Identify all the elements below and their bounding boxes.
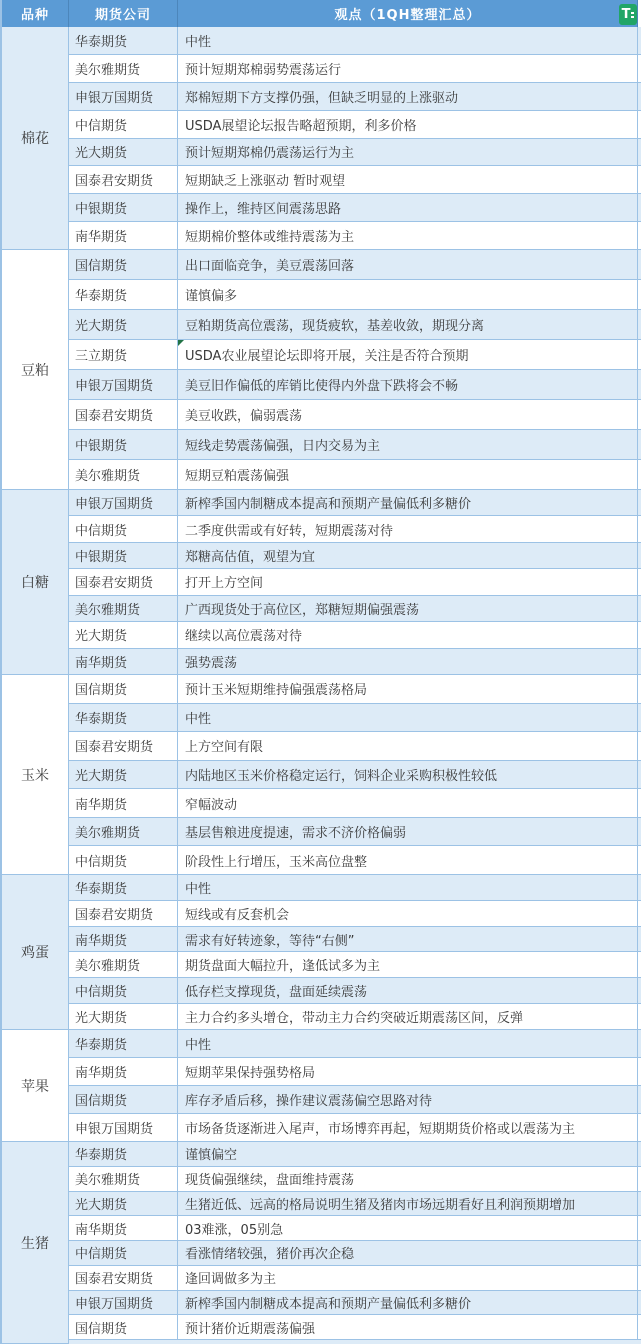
company-cell[interactable]: 申银万国期货 [69, 1291, 178, 1315]
table-row: 华泰期货谨慎偏空 [69, 1142, 641, 1167]
view-cell[interactable]: 广西现货处于高位区，郑糖短期偏强震荡 [178, 596, 638, 621]
table-row: 国信期货预计猪价近期震荡偏强 [69, 1315, 641, 1340]
variety-label: 棉花 [21, 128, 49, 148]
company-name: 南华期货 [75, 226, 127, 245]
view-cell[interactable]: 库存矛盾后移，操作建议震荡偏空思路对待 [178, 1086, 638, 1113]
company-name: 南华期货 [75, 930, 127, 949]
company-name: 申银万国期货 [75, 375, 153, 394]
table-row: 中信期货二季度供需或有好转，短期震荡对待 [69, 516, 641, 542]
table-row: 南华期货强势震荡 [69, 649, 641, 675]
view-text: 短期豆粕震荡偏强 [185, 465, 289, 484]
view-text: 短线或有反套机会 [185, 904, 289, 923]
section-rows: 国信期货出口面临竞争，美豆震荡回落华泰期货谨慎偏多光大期货豆粕期货高位震荡，现货… [69, 250, 641, 490]
view-text: 期货盘面大幅拉升，逢低试多为主 [185, 955, 380, 974]
table-row: 光大期货生猪近低、远高的格局说明生猪及猪肉市场远期看好且利润预期增加 [69, 1192, 641, 1217]
company-name: 国泰君安期货 [75, 572, 153, 591]
view-cell[interactable]: 低存栏支撑现货，盘面延续震荡 [178, 978, 638, 1003]
company-cell[interactable]: 华泰期货 [69, 27, 178, 54]
variety-cell[interactable]: 生猪 [2, 1142, 69, 1344]
view-cell[interactable]: 期货盘面大幅拉升，逢低试多为主 [178, 952, 638, 977]
header-variety[interactable]: 品种 [2, 0, 69, 27]
table-row: 光大期货预计短期郑棉仍震荡运行为主 [69, 139, 641, 167]
company-cell[interactable]: 南华期货 [69, 789, 178, 817]
company-cell[interactable]: 华泰期货 [69, 704, 178, 732]
view-text: 预计玉米短期维持偏强震荡格局 [185, 679, 367, 698]
view-cell[interactable]: 市场备货逐渐进入尾声，市场博弈再起，短期期货价格或以震荡为主 [178, 1114, 638, 1141]
company-name: 国信期货 [75, 679, 127, 698]
view-text: 生猪近低、远高的格局说明生猪及猪肉市场远期看好且利润预期增加 [185, 1194, 575, 1213]
company-name: 申银万国期货 [75, 1118, 153, 1137]
company-name: 国泰君安期货 [75, 736, 153, 755]
opinions-spreadsheet: 品种 期货公司 观点（1QH整理汇总） T 棉花华泰期货中性美尔雅期货预计短期郑… [0, 0, 641, 1344]
table-row: 华泰期货中性 [69, 1030, 641, 1058]
company-cell[interactable]: 中信期货 [69, 1241, 178, 1265]
table-row: 光大期货主力合约多头增仓，带动主力合约突破近期震荡区间，反弹 [69, 1004, 641, 1030]
view-cell[interactable]: 郑棉短期下方支撑仍强，但缺乏明显的上涨驱动 [178, 83, 638, 110]
table-row: 申银万国期货郑棉短期下方支撑仍强，但缺乏明显的上涨驱动 [69, 83, 641, 111]
table-row: 光大期货豆粕期货高位震荡，现货疲软，基差收敛，期现分离 [69, 310, 641, 340]
company-cell[interactable]: 中信期货 [69, 978, 178, 1003]
view-text: 库存矛盾后移，操作建议震荡偏空思路对待 [185, 1090, 432, 1109]
company-name: 美尔雅期货 [75, 599, 140, 618]
section-rows: 华泰期货中性国泰君安期货短线或有反套机会南华期货需求有好转迹象，等待“右侧”美尔… [69, 875, 641, 1030]
view-text: 预计短期郑棉弱势震荡运行 [185, 59, 341, 78]
company-name: 美尔雅期货 [75, 59, 140, 78]
company-cell[interactable]: 国泰君安期货 [69, 1266, 178, 1290]
view-cell[interactable]: 短期豆粕震荡偏强 [178, 460, 638, 489]
company-cell[interactable]: 中银期货 [69, 543, 178, 568]
view-text: 上方空间有限 [185, 736, 263, 755]
view-cell[interactable]: 中性 [178, 27, 638, 54]
company-name: 国信期货 [75, 255, 127, 274]
company-cell[interactable]: 国信期货 [69, 250, 178, 279]
company-name: 美尔雅期货 [75, 955, 140, 974]
company-cell[interactable]: 光大期货 [69, 1004, 178, 1029]
company-name: 光大期货 [75, 142, 127, 161]
variety-label: 生猪 [21, 1233, 49, 1253]
view-text: 现货偏强继续，盘面维持震荡 [185, 1169, 354, 1188]
view-text: 出口面临竞争，美豆震荡回落 [185, 255, 354, 274]
table-row: 美尔雅期货预计短期郑棉弱势震荡运行 [69, 55, 641, 83]
view-text: 操作上，维持区间震荡思路 [185, 198, 341, 217]
table-row: 国信期货预计玉米短期维持偏强震荡格局 [69, 675, 641, 704]
commodity-section-2: 豆粕国信期货出口面临竞争，美豆震荡回落华泰期货谨慎偏多光大期货豆粕期货高位震荡，… [2, 250, 641, 490]
view-cell[interactable]: 新榨季国内制糖成本提高和预期产量偏低利多糖价 [178, 1291, 638, 1315]
section-rows: 华泰期货中性南华期货短期苹果保持强势格局国信期货库存矛盾后移，操作建议震荡偏空思… [69, 1030, 641, 1142]
view-text: 打开上方空间 [185, 572, 263, 591]
table-row: 美尔雅期货期货盘面大幅拉升，逢低试多为主 [69, 952, 641, 978]
company-name: 光大期货 [75, 625, 127, 644]
table-row: 国泰君安期货短期缺乏上涨驱动 暂时观望 [69, 166, 641, 194]
company-cell[interactable]: 光大期货 [69, 139, 178, 166]
company-cell[interactable]: 中信期货 [69, 516, 178, 541]
commodity-section-6: 苹果华泰期货中性南华期货短期苹果保持强势格局国信期货库存矛盾后移，操作建议震荡偏… [2, 1030, 641, 1142]
section-rows: 申银万国期货新榨季国内制糖成本提高和预期产量偏低利多糖价中信期货二季度供需或有好… [69, 490, 641, 675]
company-name: 国泰君安期货 [75, 170, 153, 189]
view-cell[interactable]: 预计短期郑棉弱势震荡运行 [178, 55, 638, 82]
company-cell[interactable]: 中银期货 [69, 430, 178, 459]
view-cell[interactable]: 短期棉价整体或维持震荡为主 [178, 222, 638, 249]
table-row: 中信期货USDA展望论坛报告略超预期，利多价格 [69, 111, 641, 139]
company-name: 国泰君安期货 [75, 405, 153, 424]
view-cell[interactable]: 阶段性上行增压，玉米高位盘整 [178, 846, 638, 874]
company-cell[interactable]: 南华期货 [69, 649, 178, 674]
view-text: 短期棉价整体或维持震荡为主 [185, 226, 354, 245]
view-cell[interactable]: 主力合约多头增仓，带动主力合约突破近期震荡区间，反弹 [178, 1004, 638, 1029]
company-cell[interactable]: 中信期货 [69, 111, 178, 138]
view-text: 郑糖高估值，观望为宜 [185, 546, 315, 565]
table-row: 光大期货内陆地区玉米价格稳定运行，饲料企业采购积极性较低 [69, 761, 641, 790]
section-rows: 华泰期货谨慎偏空美尔雅期货现货偏强继续，盘面维持震荡光大期货生猪近低、远高的格局… [69, 1142, 641, 1344]
view-cell[interactable]: 中性 [178, 1030, 638, 1057]
company-cell[interactable]: 中银期货 [69, 194, 178, 221]
company-cell[interactable]: 美尔雅期货 [69, 952, 178, 977]
company-cell[interactable]: 光大期货 [69, 622, 178, 647]
table-row: 国泰君安期货上方空间有限 [69, 732, 641, 761]
company-name: 国泰君安期货 [75, 1268, 153, 1287]
view-text: 需求有好转迹象，等待“右侧” [185, 930, 354, 949]
view-cell[interactable]: 继续以高位震荡对待 [178, 622, 638, 647]
commodity-section-4: 玉米国信期货预计玉米短期维持偏强震荡格局华泰期货中性国泰君安期货上方空间有限光大… [2, 675, 641, 875]
table-row: 中银期货操作上，维持区间震荡思路 [69, 194, 641, 222]
company-cell[interactable]: 南华期货 [69, 1058, 178, 1085]
company-name: 中信期货 [75, 981, 127, 1000]
table-row: 中信期货看涨情绪较强，猪价再次企稳 [69, 1241, 641, 1266]
table-row: 国信期货出口面临竞争，美豆震荡回落 [69, 250, 641, 280]
table-row: 美尔雅期货广西现货处于高位区，郑糖短期偏强震荡 [69, 596, 641, 622]
company-cell[interactable]: 光大期货 [69, 310, 178, 339]
view-text: 美豆收跌，偏弱震荡 [185, 405, 302, 424]
table-row: 华泰期货中性 [69, 704, 641, 733]
view-cell[interactable]: 中性 [178, 875, 638, 900]
company-name: 美尔雅期货 [75, 1169, 140, 1188]
header-company[interactable]: 期货公司 [69, 0, 178, 27]
view-text: 中性 [185, 708, 211, 727]
badge-bars-icon [631, 12, 634, 18]
view-cell[interactable]: 上方空间有限 [178, 732, 638, 760]
company-cell[interactable]: 华泰期货 [69, 875, 178, 900]
view-cell[interactable]: 03难涨，05别急 [178, 1216, 638, 1240]
view-cell[interactable]: 美豆旧作偏低的库销比使得内外盘下跌将会不畅 [178, 370, 638, 399]
table-row: 南华期货需求有好转迹象，等待“右侧” [69, 927, 641, 953]
view-cell[interactable]: 逢回调做多为主 [178, 1266, 638, 1290]
table-row: 中银期货短线走势震荡偏强，日内交易为主 [69, 430, 641, 460]
view-text: 短期苹果保持强势格局 [185, 1062, 315, 1081]
company-name: 华泰期货 [75, 708, 127, 727]
company-name: 国信期货 [75, 1090, 127, 1109]
commodity-section-3: 白糖申银万国期货新榨季国内制糖成本提高和预期产量偏低利多糖价中信期货二季度供需或… [2, 490, 641, 675]
company-cell[interactable]: 国泰君安期货 [69, 901, 178, 926]
table-row: 南华期货窄幅波动 [69, 789, 641, 818]
view-cell[interactable]: 内陆地区玉米价格稳定运行，饲料企业采购积极性较低 [178, 761, 638, 789]
table-row: 华泰期货谨慎偏多 [69, 280, 641, 310]
company-name: 美尔雅期货 [75, 465, 140, 484]
view-text: 市场备货逐渐进入尾声，市场博弈再起，短期期货价格或以震荡为主 [185, 1118, 575, 1137]
variety-label: 豆粕 [21, 360, 49, 380]
variety-cell[interactable]: 苹果 [2, 1030, 69, 1142]
company-name: 中信期货 [75, 1243, 127, 1262]
company-cell[interactable]: 国信期货 [69, 675, 178, 703]
table-row: 国泰君安期货打开上方空间 [69, 569, 641, 595]
view-cell[interactable]: 生猪近低、远高的格局说明生猪及猪肉市场远期看好且利润预期增加 [178, 1192, 638, 1216]
view-text: 窄幅波动 [185, 794, 237, 813]
company-cell[interactable]: 中信期货 [69, 846, 178, 874]
company-cell[interactable]: 华泰期货 [69, 1030, 178, 1057]
view-cell[interactable]: 看涨情绪较强，猪价再次企稳 [178, 1241, 638, 1265]
company-cell[interactable]: 申银万国期货 [69, 1114, 178, 1141]
company-name: 中银期货 [75, 198, 127, 217]
table-row: 申银万国期货美豆旧作偏低的库销比使得内外盘下跌将会不畅 [69, 370, 641, 400]
company-cell[interactable]: 申银万国期货 [69, 370, 178, 399]
company-name: 南华期货 [75, 1062, 127, 1081]
table-row: 南华期货03难涨，05别急 [69, 1216, 641, 1241]
table-row: 中信期货低存栏支撑现货，盘面延续震荡 [69, 978, 641, 1004]
view-cell[interactable]: 短期苹果保持强势格局 [178, 1058, 638, 1085]
company-name: 南华期货 [75, 652, 127, 671]
view-text: 预计猪价近期震荡偏强 [185, 1318, 315, 1337]
company-name: 南华期货 [75, 1219, 127, 1238]
view-text: 二季度供需或有好转，短期震荡对待 [185, 520, 393, 539]
company-cell[interactable]: 国泰君安期货 [69, 569, 178, 594]
company-name: 中信期货 [75, 851, 127, 870]
green-t-badge-icon[interactable]: T [619, 4, 637, 25]
company-name: 申银万国期货 [75, 1293, 153, 1312]
variety-label: 白糖 [21, 572, 49, 592]
variety-cell[interactable]: 玉米 [2, 675, 69, 875]
company-name: 华泰期货 [75, 878, 127, 897]
view-cell[interactable]: 窄幅波动 [178, 789, 638, 817]
view-cell[interactable]: 谨慎偏空 [178, 1142, 638, 1166]
header-view[interactable]: 观点（1QH整理汇总） [178, 0, 638, 27]
view-cell[interactable]: 预计短期郑棉仍震荡运行为主 [178, 139, 638, 166]
company-cell[interactable]: 申银万国期货 [69, 490, 178, 515]
view-cell[interactable]: 短线或有反套机会 [178, 901, 638, 926]
company-cell[interactable]: 华泰期货 [69, 1142, 178, 1166]
view-text: 内陆地区玉米价格稳定运行，饲料企业采购积极性较低 [185, 765, 497, 784]
company-name: 光大期货 [75, 1194, 127, 1213]
table-row: 美尔雅期货短期豆粕震荡偏强 [69, 460, 641, 490]
view-text: 中性 [185, 878, 211, 897]
table-row: 华泰期货中性 [69, 27, 641, 55]
view-cell[interactable]: 强势震荡 [178, 649, 638, 674]
view-cell[interactable]: 操作上，维持区间震荡思路 [178, 194, 638, 221]
table-row: 中信期货阶段性上行增压，玉米高位盘整 [69, 846, 641, 875]
variety-label: 鸡蛋 [21, 942, 49, 962]
view-text: 谨慎偏多 [185, 285, 237, 304]
company-name: 光大期货 [75, 315, 127, 334]
view-text: 主力合约多头增仓，带动主力合约突破近期震荡区间，反弹 [185, 1007, 523, 1026]
company-name: 华泰期货 [75, 1144, 127, 1163]
table-row: 华泰期货中性 [69, 875, 641, 901]
variety-cell[interactable]: 豆粕 [2, 250, 69, 490]
table-row: 南华期货短期苹果保持强势格局 [69, 1058, 641, 1086]
company-name: 中信期货 [75, 520, 127, 539]
company-name: 国信期货 [75, 1318, 127, 1337]
view-text: 新榨季国内制糖成本提高和预期产量偏低利多糖价 [185, 1293, 471, 1312]
company-name: 光大期货 [75, 1007, 127, 1026]
table-row: 中银期货郑糖高估值，观望为宜 [69, 543, 641, 569]
commodity-section-5: 鸡蛋华泰期货中性国泰君安期货短线或有反套机会南华期货需求有好转迹象，等待“右侧”… [2, 875, 641, 1030]
table-row: 申银万国期货市场备货逐渐进入尾声，市场博弈再起，短期期货价格或以震荡为主 [69, 1114, 641, 1142]
view-text: 新榨季国内制糖成本提高和预期产量偏低利多糖价 [185, 493, 471, 512]
commodity-section-1: 棉花华泰期货中性美尔雅期货预计短期郑棉弱势震荡运行申银万国期货郑棉短期下方支撑仍… [2, 27, 641, 250]
view-text: 谨慎偏空 [185, 1144, 237, 1163]
view-text: 继续以高位震荡对待 [185, 625, 302, 644]
view-cell[interactable]: 需求有好转迹象，等待“右侧” [178, 927, 638, 952]
company-cell[interactable]: 国信期货 [69, 1086, 178, 1113]
view-cell[interactable]: 美豆收跌，偏弱震荡 [178, 400, 638, 429]
view-cell[interactable]: 二季度供需或有好转，短期震荡对待 [178, 516, 638, 541]
view-cell[interactable]: USDA农业展望论坛即将开展，关注是否符合预期 [178, 340, 638, 369]
view-cell[interactable]: 郑糖高估值，观望为宜 [178, 543, 638, 568]
view-cell[interactable]: 预计玉米短期维持偏强震荡格局 [178, 675, 638, 703]
view-cell[interactable]: 短线走势震荡偏强，日内交易为主 [178, 430, 638, 459]
view-cell[interactable]: 打开上方空间 [178, 569, 638, 594]
company-cell[interactable]: 国信期货 [69, 1315, 178, 1339]
company-cell[interactable]: 国泰君安期货 [69, 166, 178, 193]
variety-cell[interactable]: 鸡蛋 [2, 875, 69, 1030]
view-text: 郑棉短期下方支撑仍强，但缺乏明显的上涨驱动 [185, 87, 458, 106]
view-text: 广西现货处于高位区，郑糖短期偏强震荡 [185, 599, 419, 618]
view-text: 低存栏支撑现货，盘面延续震荡 [185, 981, 367, 1000]
view-cell[interactable]: USDA展望论坛报告略超预期，利多价格 [178, 111, 638, 138]
cell-corner-marker-icon [178, 340, 184, 346]
company-cell[interactable]: 光大期货 [69, 1192, 178, 1216]
company-name: 申银万国期货 [75, 493, 153, 512]
company-cell[interactable]: 三立期货 [69, 340, 178, 369]
view-cell[interactable]: 短期缺乏上涨驱动 暂时观望 [178, 166, 638, 193]
view-cell[interactable]: 谨慎偏多 [178, 280, 638, 309]
company-cell[interactable]: 美尔雅期货 [69, 460, 178, 489]
view-cell[interactable]: 预计猪价近期震荡偏强 [178, 1315, 638, 1339]
company-name: 中银期货 [75, 546, 127, 565]
company-cell[interactable]: 光大期货 [69, 761, 178, 789]
view-text: 03难涨，05别急 [185, 1219, 283, 1238]
company-name: 华泰期货 [75, 285, 127, 304]
view-text: 阶段性上行增压，玉米高位盘整 [185, 851, 367, 870]
view-text: 预计短期郑棉仍震荡运行为主 [185, 142, 354, 161]
badge-letter: T [622, 8, 631, 21]
view-cell[interactable]: 出口面临竞争，美豆震荡回落 [178, 250, 638, 279]
section-rows: 华泰期货中性美尔雅期货预计短期郑棉弱势震荡运行申银万国期货郑棉短期下方支撑仍强，… [69, 27, 641, 250]
view-text: 美豆旧作偏低的库销比使得内外盘下跌将会不畅 [185, 375, 458, 394]
table-row: 国泰君安期货短线或有反套机会 [69, 901, 641, 927]
company-cell[interactable]: 美尔雅期货 [69, 1167, 178, 1191]
company-name: 三立期货 [75, 345, 127, 364]
company-cell[interactable]: 国泰君安期货 [69, 732, 178, 760]
table-row: 国信期货库存矛盾后移，操作建议震荡偏空思路对待 [69, 1086, 641, 1114]
company-name: 美尔雅期货 [75, 822, 140, 841]
section-rows: 国信期货预计玉米短期维持偏强震荡格局华泰期货中性国泰君安期货上方空间有限光大期货… [69, 675, 641, 875]
table-row: 国泰君安期货美豆收跌，偏弱震荡 [69, 400, 641, 430]
partial-next-row [69, 1340, 641, 1344]
company-name: 申银万国期货 [75, 87, 153, 106]
company-name: 国泰君安期货 [75, 904, 153, 923]
view-text: 中性 [185, 1034, 211, 1053]
table-row: 国泰君安期货逢回调做多为主 [69, 1266, 641, 1291]
table-body: 棉花华泰期货中性美尔雅期货预计短期郑棉弱势震荡运行申银万国期货郑棉短期下方支撑仍… [2, 27, 641, 1344]
variety-cell[interactable]: 棉花 [2, 27, 69, 250]
view-cell[interactable]: 现货偏强继续，盘面维持震荡 [178, 1167, 638, 1191]
table-row: 三立期货USDA农业展望论坛即将开展，关注是否符合预期 [69, 340, 641, 370]
variety-label: 玉米 [21, 765, 49, 785]
company-cell[interactable]: 南华期货 [69, 1216, 178, 1240]
view-cell[interactable]: 基层售粮进度提速，需求不济价格偏弱 [178, 818, 638, 846]
view-cell[interactable]: 新榨季国内制糖成本提高和预期产量偏低利多糖价 [178, 490, 638, 515]
company-name: 光大期货 [75, 765, 127, 784]
view-text: 逢回调做多为主 [185, 1268, 276, 1287]
table-row: 申银万国期货新榨季国内制糖成本提高和预期产量偏低利多糖价 [69, 490, 641, 516]
view-text: USDA展望论坛报告略超预期，利多价格 [185, 115, 416, 134]
variety-label: 苹果 [21, 1076, 49, 1096]
company-name: 华泰期货 [75, 1034, 127, 1053]
view-text: 基层售粮进度提速，需求不济价格偏弱 [185, 822, 406, 841]
company-cell[interactable]: 申银万国期货 [69, 83, 178, 110]
view-cell[interactable]: 豆粕期货高位震荡，现货疲软，基差收敛，期现分离 [178, 310, 638, 339]
table-row: 美尔雅期货基层售粮进度提速，需求不济价格偏弱 [69, 818, 641, 847]
view-text: 豆粕期货高位震荡，现货疲软，基差收敛，期现分离 [185, 315, 484, 334]
table-row: 美尔雅期货现货偏强继续，盘面维持震荡 [69, 1167, 641, 1192]
company-cell[interactable]: 南华期货 [69, 927, 178, 952]
commodity-section-7: 生猪华泰期货谨慎偏空美尔雅期货现货偏强继续，盘面维持震荡光大期货生猪近低、远高的… [2, 1142, 641, 1344]
view-text: 短期缺乏上涨驱动 暂时观望 [185, 170, 345, 189]
view-text: 短线走势震荡偏强，日内交易为主 [185, 435, 380, 454]
view-text: 看涨情绪较强，猪价再次企稳 [185, 1243, 354, 1262]
table-row: 光大期货继续以高位震荡对待 [69, 622, 641, 648]
view-cell[interactable]: 中性 [178, 704, 638, 732]
company-cell[interactable]: 美尔雅期货 [69, 596, 178, 621]
view-text: 中性 [185, 31, 211, 50]
company-name: 中信期货 [75, 115, 127, 134]
company-cell[interactable]: 美尔雅期货 [69, 55, 178, 82]
company-name: 南华期货 [75, 794, 127, 813]
table-header-row: 品种 期货公司 观点（1QH整理汇总） T [2, 0, 641, 27]
company-cell[interactable]: 南华期货 [69, 222, 178, 249]
company-cell[interactable]: 美尔雅期货 [69, 818, 178, 846]
table-row: 申银万国期货新榨季国内制糖成本提高和预期产量偏低利多糖价 [69, 1291, 641, 1316]
company-cell[interactable]: 华泰期货 [69, 280, 178, 309]
view-text: USDA农业展望论坛即将开展，关注是否符合预期 [185, 345, 468, 364]
view-text: 强势震荡 [185, 652, 237, 671]
company-cell[interactable]: 国泰君安期货 [69, 400, 178, 429]
company-name: 华泰期货 [75, 31, 127, 50]
table-row: 南华期货短期棉价整体或维持震荡为主 [69, 222, 641, 250]
company-name: 中银期货 [75, 435, 127, 454]
variety-cell[interactable]: 白糖 [2, 490, 69, 675]
